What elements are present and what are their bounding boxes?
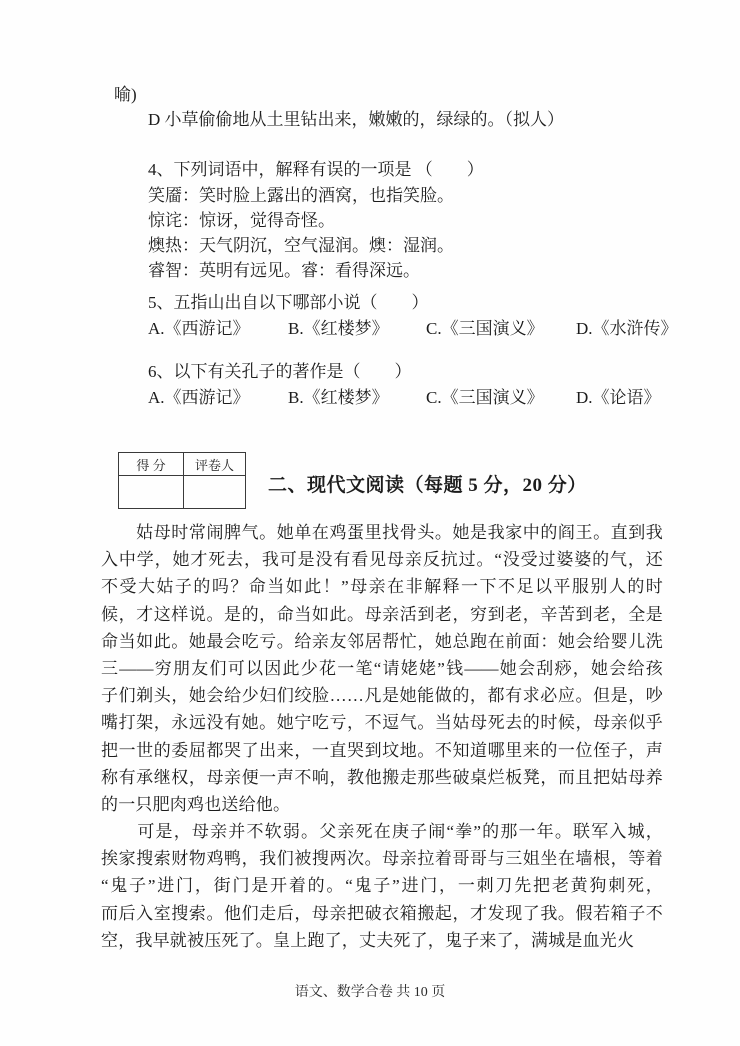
passage-line: 姑母时常闹脾气。她单在鸡蛋里找骨头。她是我家中的阎王。直到我 bbox=[101, 519, 663, 546]
question-4-stem: 4、下列词语中，解释有误的一项是 （ ） bbox=[148, 159, 484, 181]
q4-definition: 燠热：天气阴沉，空气湿润。燠：湿润。 bbox=[148, 234, 454, 259]
score-table-header-grader: 评卷人 bbox=[184, 453, 246, 476]
question-5-stem: 5、五指山出自以下哪部小说（ ） bbox=[148, 292, 429, 314]
question-5-options: A.《西游记》 B.《红楼梦》 C.《三国演义》 D.《水浒传》 bbox=[148, 318, 678, 340]
exam-page: 喻) D 小草偷偷地从土里钻出来，嫩嫩的，绿绿的。（拟人） 4、下列词语中，解释… bbox=[0, 0, 740, 1046]
passage-line: 命当如此。她最会吃亏。给亲友邻居帮忙，她总跑在前面：她会给婴儿洗 bbox=[101, 628, 663, 655]
page-footer: 语文、数学合卷 共 10 页 bbox=[0, 981, 740, 1001]
passage-line: 把一世的委屈都哭了出来，一直哭到坟地。不知道哪里来的一位侄子，声 bbox=[101, 737, 663, 764]
q6-option-a: A.《西游记》 bbox=[148, 387, 288, 409]
passage-line: 称有承继权，母亲便一声不响，教他搬走那些破桌烂板凳，而且把姑母养 bbox=[101, 764, 663, 791]
passage-line: 而后入室搜索。他们走后，母亲把破衣箱搬起，才发现了我。假若箱子不 bbox=[101, 900, 663, 927]
score-table-header-score: 得 分 bbox=[119, 453, 184, 476]
q6-option-c: C.《三国演义》 bbox=[426, 387, 576, 409]
section-title: 二、现代文阅读（每题 5 分，20 分） bbox=[268, 470, 587, 497]
passage-line: 子们剃头，她会给少妇们绞脸……凡是她能做的，都有求必应。但是，吵 bbox=[101, 682, 663, 709]
q4-definition: 睿智：英明有远见。睿：看得深远。 bbox=[148, 259, 454, 284]
q4-definition: 惊诧：惊讶，觉得奇怪。 bbox=[148, 209, 454, 234]
passage-line: 不受大姑子的吗？命当如此！”母亲在非解释一下不足以平服别人的时 bbox=[101, 573, 663, 600]
question-6-stem: 6、以下有关孔子的著作是（ ） bbox=[148, 361, 412, 383]
passage-line: 候，才这样说。是的，命当如此。母亲活到老，穷到老，辛苦到老，全是 bbox=[101, 601, 663, 628]
q5-option-b: B.《红楼梦》 bbox=[288, 318, 426, 340]
question-6-options: A.《西游记》 B.《红楼梦》 C.《三国演义》 D.《论语》 bbox=[148, 387, 661, 409]
passage-line: 入中学，她才死去，我可是没有看见母亲反抗过。“没受过婆婆的气，还 bbox=[101, 546, 663, 573]
passage-line: 三——穷朋友们可以因此少花一笔“请姥姥”钱——她会刮痧，她会给孩 bbox=[101, 655, 663, 682]
reading-passage: 姑母时常闹脾气。她单在鸡蛋里找骨头。她是我家中的阎王。直到我 入中学，她才死去，… bbox=[101, 519, 663, 954]
passage-line: 空，我早就被压死了。皇上跑了，丈夫死了，鬼子来了，满城是血光火 bbox=[101, 927, 663, 954]
score-table-cell-grader bbox=[184, 476, 246, 509]
q5-option-c: C.《三国演义》 bbox=[426, 318, 576, 340]
passage-line: 嘴打架，永远没有她。她宁吃亏，不逗气。当姑母死去的时候，母亲似乎 bbox=[101, 709, 663, 736]
q6-option-d: D.《论语》 bbox=[576, 387, 661, 409]
score-table-cell-score bbox=[119, 476, 184, 509]
score-table: 得 分 评卷人 bbox=[118, 452, 246, 509]
passage-line: 的一只肥肉鸡也送给他。 bbox=[101, 791, 663, 818]
question-4-definitions: 笑靥：笑时脸上露出的酒窝，也指笑脸。 惊诧：惊讶，觉得奇怪。 燠热：天气阴沉，空… bbox=[148, 184, 454, 284]
option-d-line: D 小草偷偷地从土里钻出来，嫩嫩的，绿绿的。（拟人） bbox=[148, 109, 564, 131]
passage-line: 可是，母亲并不软弱。父亲死在庚子闹“拳”的那一年。联军入城， bbox=[101, 818, 663, 845]
q5-option-d: D.《水浒传》 bbox=[576, 318, 678, 340]
q4-definition: 笑靥：笑时脸上露出的酒窝，也指笑脸。 bbox=[148, 184, 454, 209]
q5-option-a: A.《西游记》 bbox=[148, 318, 288, 340]
q6-option-b: B.《红楼梦》 bbox=[288, 387, 426, 409]
top-fragment: 喻) bbox=[114, 84, 137, 106]
passage-line: “鬼子”进门，街门是开着的。“鬼子”进门，一刺刀先把老黄狗刺死， bbox=[101, 872, 663, 899]
passage-line: 挨家搜索财物鸡鸭，我们被搜两次。母亲拉着哥哥与三姐坐在墙根，等着 bbox=[101, 845, 663, 872]
